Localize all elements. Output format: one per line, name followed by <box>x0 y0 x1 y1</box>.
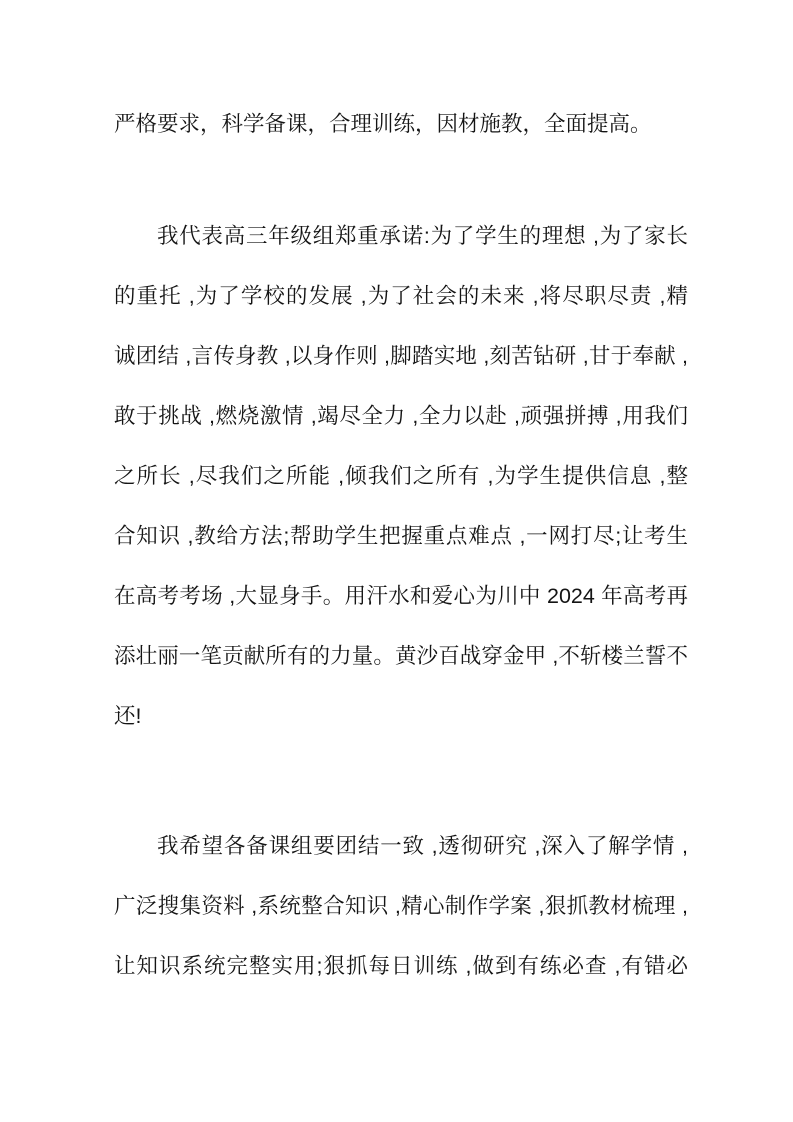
text-line: 诚团结 ,言传身教 ,以身作则 ,脚踏实地 ,刻苦钻研 ,甘于奉献 , <box>114 326 688 386</box>
text-line: 敢于挑战 ,燃烧激情 ,竭尽全力 ,全力以赴 ,顽强拼搏 ,用我们 <box>114 386 688 446</box>
text-line: 严格要求，科学备课，合理训练，因材施教，全面提高。 <box>114 94 688 154</box>
text-line: 让知识系统完整实用;狠抓每日训练 ,做到有练必查 ,有错必 <box>114 936 688 996</box>
text-line: 广泛搜集资料 ,系统整合知识 ,精心制作学案 ,狠抓教材梳理 , <box>114 876 688 936</box>
text-line: 我代表高三年级组郑重承诺:为了学生的理想 ,为了家长 <box>114 206 688 266</box>
document-page: 严格要求，科学备课，合理训练，因材施教，全面提高。 我代表高三年级组郑重承诺:为… <box>0 0 793 1122</box>
paragraph: 我希望各备课组要团结一致 ,透彻研究 ,深入了解学情 , 广泛搜集资料 ,系统整… <box>114 816 688 996</box>
text-line: 添壮丽一笔贡献所有的力量。黄沙百战穿金甲 ,不斩楼兰誓不 <box>114 626 688 686</box>
document-body: 严格要求，科学备课，合理训练，因材施教，全面提高。 我代表高三年级组郑重承诺:为… <box>114 94 688 996</box>
text-line: 合知识 ,教给方法;帮助学生把握重点难点 ,一网打尽;让考生 <box>114 506 688 566</box>
text-line: 在高考考场 ,大显身手。用汗水和爱心为川中 2024 年高考再 <box>114 566 688 626</box>
text-line: 之所长 ,尽我们之所能 ,倾我们之所有 ,为学生提供信息 ,整 <box>114 446 688 506</box>
text-line: 我希望各备课组要团结一致 ,透彻研究 ,深入了解学情 , <box>114 816 688 876</box>
paragraph: 严格要求，科学备课，合理训练，因材施教，全面提高。 <box>114 94 688 154</box>
text-line: 还! <box>114 686 688 746</box>
paragraph: 我代表高三年级组郑重承诺:为了学生的理想 ,为了家长 的重托 ,为了学校的发展 … <box>114 206 688 746</box>
text-line: 的重托 ,为了学校的发展 ,为了社会的未来 ,将尽职尽责 ,精 <box>114 266 688 326</box>
